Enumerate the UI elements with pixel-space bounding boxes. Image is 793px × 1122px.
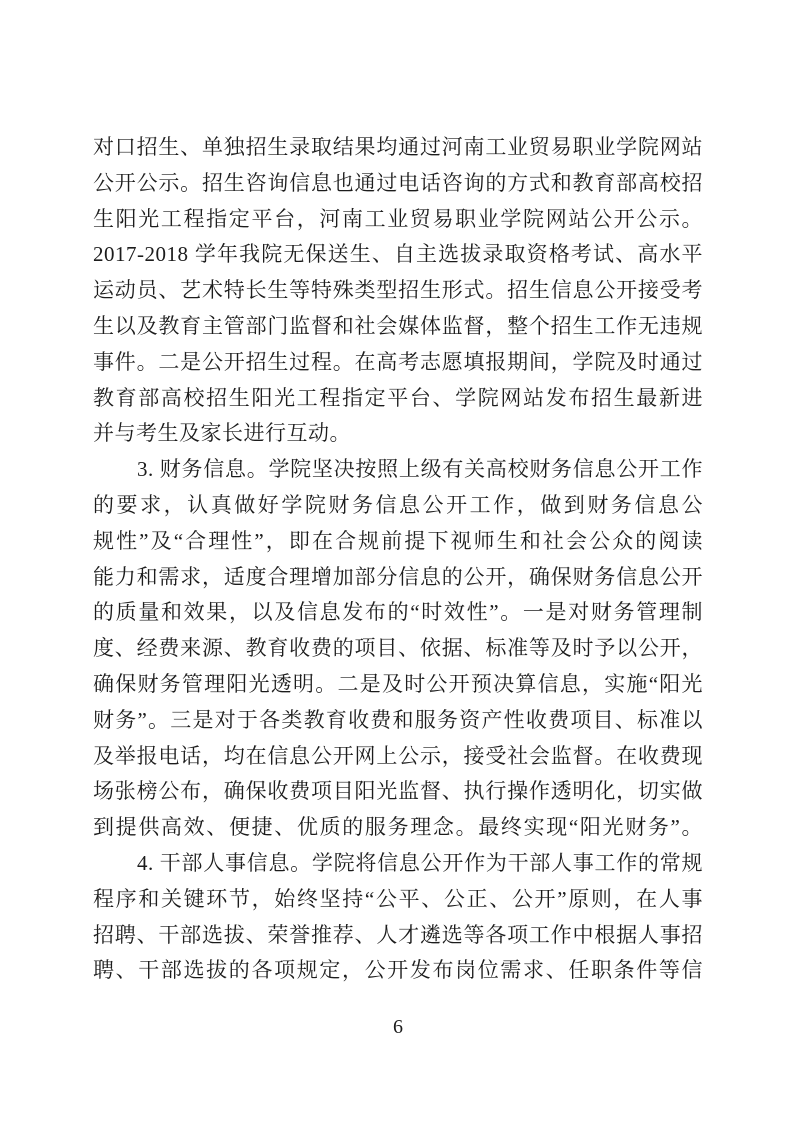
- text-line: 4. 干部人事信息。学院将信息公开作为干部人事工作的常规: [93, 846, 703, 882]
- text-line: 确保财务管理阳光透明。二是及时公开预决算信息，实施“阳光: [93, 667, 703, 703]
- text-line: 聘、干部选拔的各项规定，公开发布岗位需求、任职条件等信息，: [93, 953, 703, 989]
- text-line: 程序和关键环节，始终坚持“公平、公正、公开”原则，在人事: [93, 882, 703, 918]
- text-line: 场张榜公布，确保收费项目阳光监督、执行操作透明化，切实做: [93, 774, 703, 810]
- text-line: 财务”。三是对于各类教育收费和服务资产性收费项目、标准以: [93, 703, 703, 739]
- page-number: 6: [393, 1016, 403, 1038]
- text-line: 并与考生及家长进行互动。: [93, 416, 703, 452]
- text-line: 到提供高效、便捷、优质的服务理念。最终实现“阳光财务”。: [93, 810, 703, 846]
- text-line: 的质量和效果，以及信息发布的“时效性”。一是对财务管理制: [93, 595, 703, 631]
- text-line: 生阳光工程指定平台，河南工业贸易职业学院网站公开公示。: [93, 202, 703, 238]
- text-line: 3. 财务信息。学院坚决按照上级有关高校财务信息公开工作: [93, 452, 703, 488]
- text-line: 招聘、干部选拔、荣誉推荐、人才遴选等各项工作中根据人事招: [93, 918, 703, 954]
- text-line: 事件。二是公开招生过程。在高考志愿填报期间，学院及时通过: [93, 345, 703, 381]
- page-footer: 6: [93, 1012, 703, 1042]
- page-body: 对口招生、单独招生录取结果均通过河南工业贸易职业学院网站公开公示。招生咨询信息也…: [93, 130, 703, 989]
- text-line: 教育部高校招生阳光工程指定平台、学院网站发布招生最新进展，: [93, 381, 703, 417]
- text-line: 2017-2018 学年我院无保送生、自主选拔录取资格考试、高水平: [93, 237, 703, 273]
- text-line: 公开公示。招生咨询信息也通过电话咨询的方式和教育部高校招: [93, 166, 703, 202]
- text-line: 生以及教育主管部门监督和社会媒体监督，整个招生工作无违规: [93, 309, 703, 345]
- text-line: 对口招生、单独招生录取结果均通过河南工业贸易职业学院网站: [93, 130, 703, 166]
- text-line: 能力和需求，适度合理增加部分信息的公开，确保财务信息公开: [93, 560, 703, 596]
- document-page: 对口招生、单独招生录取结果均通过河南工业贸易职业学院网站公开公示。招生咨询信息也…: [0, 0, 793, 1122]
- text-line: 及举报电话，均在信息公开网上公示，接受社会监督。在收费现: [93, 739, 703, 775]
- text-line: 的要求，认真做好学院财务信息公开工作，做到财务信息公开“合: [93, 488, 703, 524]
- text-line: 度、经费来源、教育收费的项目、依据、标准等及时予以公开，: [93, 631, 703, 667]
- text-line: 规性”及“合理性”，即在合规前提下视师生和社会公众的阅读: [93, 524, 703, 560]
- text-line: 运动员、艺术特长生等特殊类型招生形式。招生信息公开接受考: [93, 273, 703, 309]
